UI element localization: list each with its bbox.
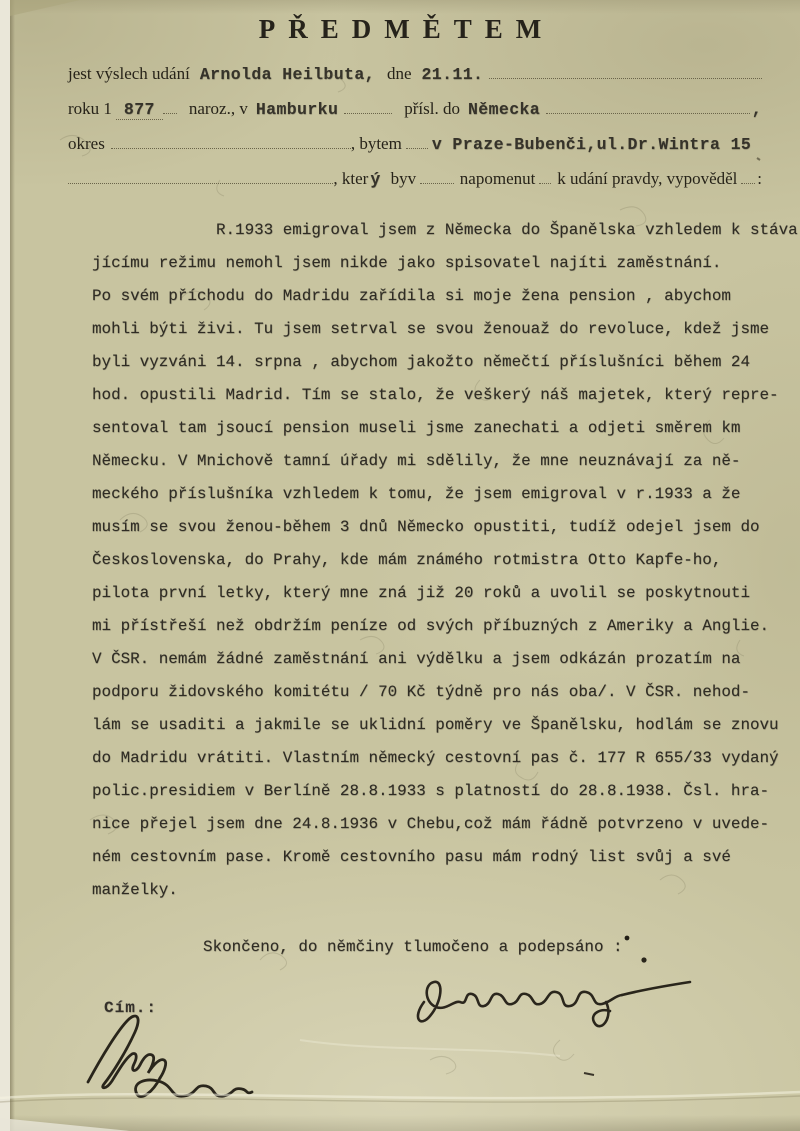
form-label-okres: okres	[68, 134, 105, 154]
signature-official	[80, 1008, 280, 1103]
typed-line: manželky.	[92, 874, 800, 907]
typed-line: sentoval tam jsoucí pension museli jsme …	[92, 412, 800, 445]
page-title: PŘEDMĚTEM	[0, 14, 800, 45]
form-label-kter: , kter	[333, 169, 368, 189]
typed-line: Německu. V Mnichově tamní úřady mi sděli…	[92, 445, 800, 478]
form-value-country: Německa	[468, 100, 540, 119]
typed-line: Československa, do Prahy, kde mám známéh…	[92, 544, 800, 577]
deposition-body: R.1933 emigroval jsem z Německa do Španě…	[92, 214, 800, 907]
form-line-2: roku 1 877 naroz., v Hamburku přísl. do …	[68, 99, 762, 120]
form-label-byv: byv	[391, 169, 417, 189]
dotted-line	[68, 180, 333, 184]
form-label-dne: dne	[387, 64, 412, 84]
typed-line: podporu židovského komitétu / 70 Kč týdn…	[92, 676, 800, 709]
typed-line: nice přejel jsem dne 24.8.1936 v Chebu,c…	[92, 808, 800, 841]
typed-line: meckého příslušníka vzhledem k tomu, že …	[92, 478, 800, 511]
typed-line: do Madridu vrátiti. Vlastním německý ces…	[92, 742, 800, 775]
typed-line: Po svém příchodu do Madridu zařídila si …	[92, 280, 800, 313]
scanned-document-page: PŘEDMĚTEM jest výslech udání Arnolda Hei…	[0, 0, 800, 1131]
form-value-name: Arnolda Heilbuta,	[200, 65, 375, 84]
typed-line: ném cestovním pase. Kromě cestovního pas…	[92, 841, 800, 874]
typed-line: pilota první letky, který mne zná již 20…	[92, 577, 800, 610]
paper-edge-shadow	[10, 0, 15, 1131]
form-label-napomenut: napomenut	[460, 169, 536, 189]
dotted-line	[489, 75, 762, 79]
dotted-line	[546, 110, 750, 114]
scan-edge-bottom	[0, 1118, 130, 1131]
dotted-line	[344, 110, 392, 114]
dotted-line	[111, 145, 351, 149]
form-label-naroz: naroz., v	[189, 99, 248, 119]
signature-deponent	[408, 944, 708, 1044]
form-label-pravdy: k udání pravdy, vypověděl	[557, 169, 737, 189]
dotted-line	[163, 110, 177, 114]
form-line-3: okres , bytem v Praze-Bubenči,ul.Dr.Wint…	[68, 134, 762, 154]
form-value-year: 877	[116, 100, 163, 120]
dotted-line	[420, 180, 454, 184]
scan-edge-strip	[0, 0, 10, 1131]
typed-line: musím se svou ženou-během 3 dnů Německo …	[92, 511, 800, 544]
form-value-birthplace: Hamburku	[256, 100, 338, 119]
typed-line: V ČSR. nemám žádné zaměstnání ani výdělk…	[92, 643, 800, 676]
typed-line: mohli býti živi. Tu jsem setrval se svou…	[92, 313, 800, 346]
typed-line: lám se usaditi a jakmile se uklidní pomě…	[92, 709, 800, 742]
form-label-roku: roku 1	[68, 99, 112, 119]
typed-line: mi přístřeší než obdržím peníze od svých…	[92, 610, 800, 643]
typed-line: hod. opustili Madrid. Tím se stalo, že v…	[92, 379, 800, 412]
form-line-4: , kter ý byv napomenut k udání pravdy, v…	[68, 169, 762, 189]
typed-line: byli vyzváni 14. srpna , abychom jakožto…	[92, 346, 800, 379]
dotted-line	[406, 145, 428, 149]
form-label-prisl: přísl. do	[404, 99, 460, 119]
form-comma: ,	[752, 100, 762, 119]
dotted-line	[741, 180, 755, 184]
form-value-date: 21.11.	[422, 65, 484, 84]
form-value-y: ý	[370, 170, 380, 189]
typed-line: jícímu režimu nemohl jsem nikde jako spi…	[92, 247, 800, 280]
typed-line: polic.presidiem v Berlíně 28.8.1933 s pl…	[92, 775, 800, 808]
form-label-vyslech: jest výslech udání	[68, 64, 190, 84]
form-value-address: v Praze-Bubenči,ul.Dr.Wintra 15	[432, 135, 751, 154]
form-line-1: jest výslech udání Arnolda Heilbuta, dne…	[68, 64, 762, 84]
dotted-line	[539, 180, 551, 184]
form-label-bytem: , bytem	[351, 134, 402, 154]
typed-line: R.1933 emigroval jsem z Německa do Španě…	[92, 214, 800, 247]
form-colon: :	[757, 169, 762, 189]
